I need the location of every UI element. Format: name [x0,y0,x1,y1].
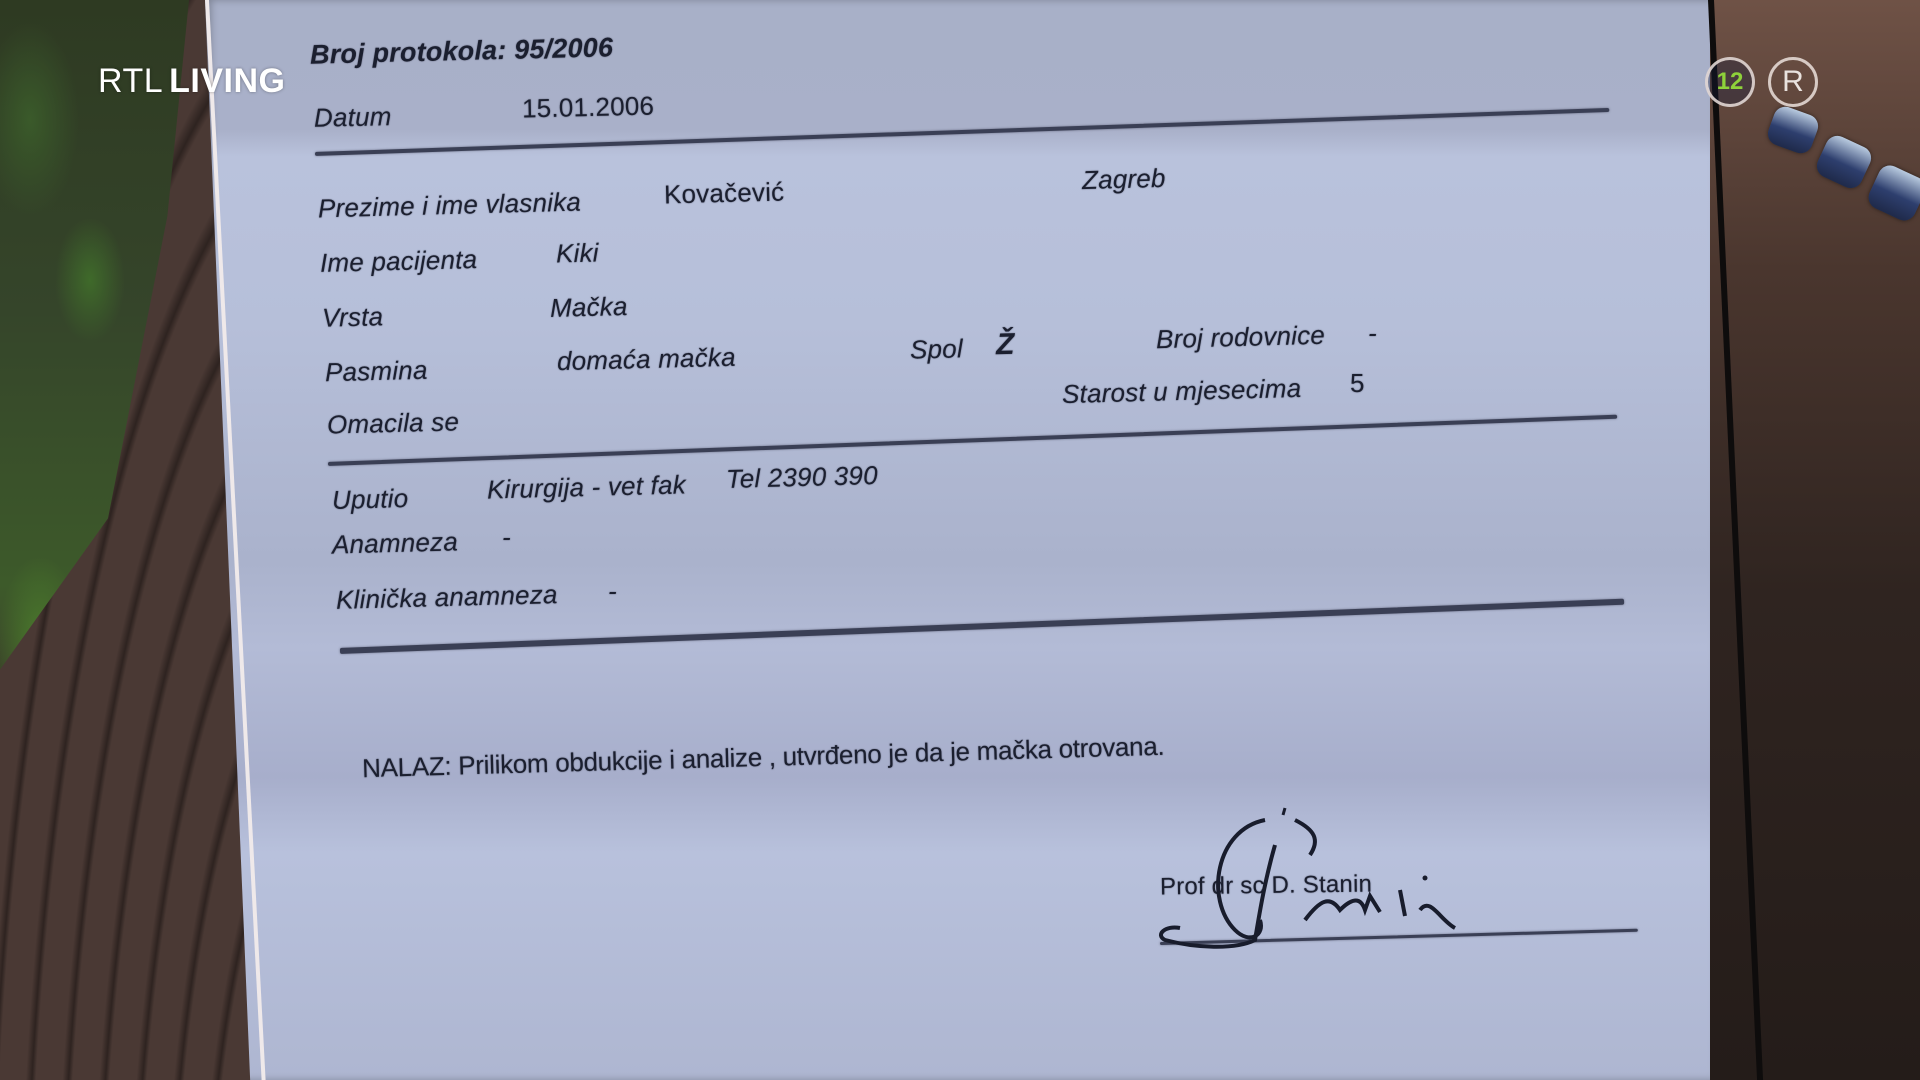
signature [1155,800,1535,960]
clinical-anamnesis-label: Klinička anamneza [336,579,558,616]
anamnesis-label: Anamneza [332,526,459,560]
channel-logo: RTLLIVING [98,62,285,101]
clinical-anamnesis-value: - [608,576,617,607]
content-rating-badge: R [1768,57,1818,107]
patient-label: Ime pacijenta [320,244,478,279]
age-rating-badge: 12 [1705,57,1755,107]
channel-logo-name: LIVING [169,62,285,100]
pedigree-label: Broj rodovnice [1156,320,1326,355]
breed-label: Pasmina [325,355,428,388]
age-label: Starost u mjesecima [1062,373,1302,410]
city-value: Zagreb [1082,163,1166,196]
owner-value: Kovačević [664,177,785,211]
phone-value: Tel 2390 390 [726,460,879,495]
sex-label: Spol [910,333,964,365]
sex-value: Ž [996,328,1015,362]
species-value: Mačka [550,291,628,324]
age-value: 5 [1350,368,1365,399]
species-label: Vrsta [322,301,384,333]
breed-value: domaća mačka [557,342,736,377]
bracelet [1750,100,1920,250]
date-value: 15.01.2006 [522,91,655,125]
born-label: Omacila se [327,406,460,440]
patient-value: Kiki [556,237,599,269]
channel-logo-prefix: RTL [98,62,163,100]
date-label: Datum [314,101,392,134]
referred-value: Kirurgija - vet fak [487,469,687,505]
anamnesis-value: - [502,522,511,553]
referred-label: Uputio [332,483,409,516]
pedigree-value: - [1368,318,1377,349]
